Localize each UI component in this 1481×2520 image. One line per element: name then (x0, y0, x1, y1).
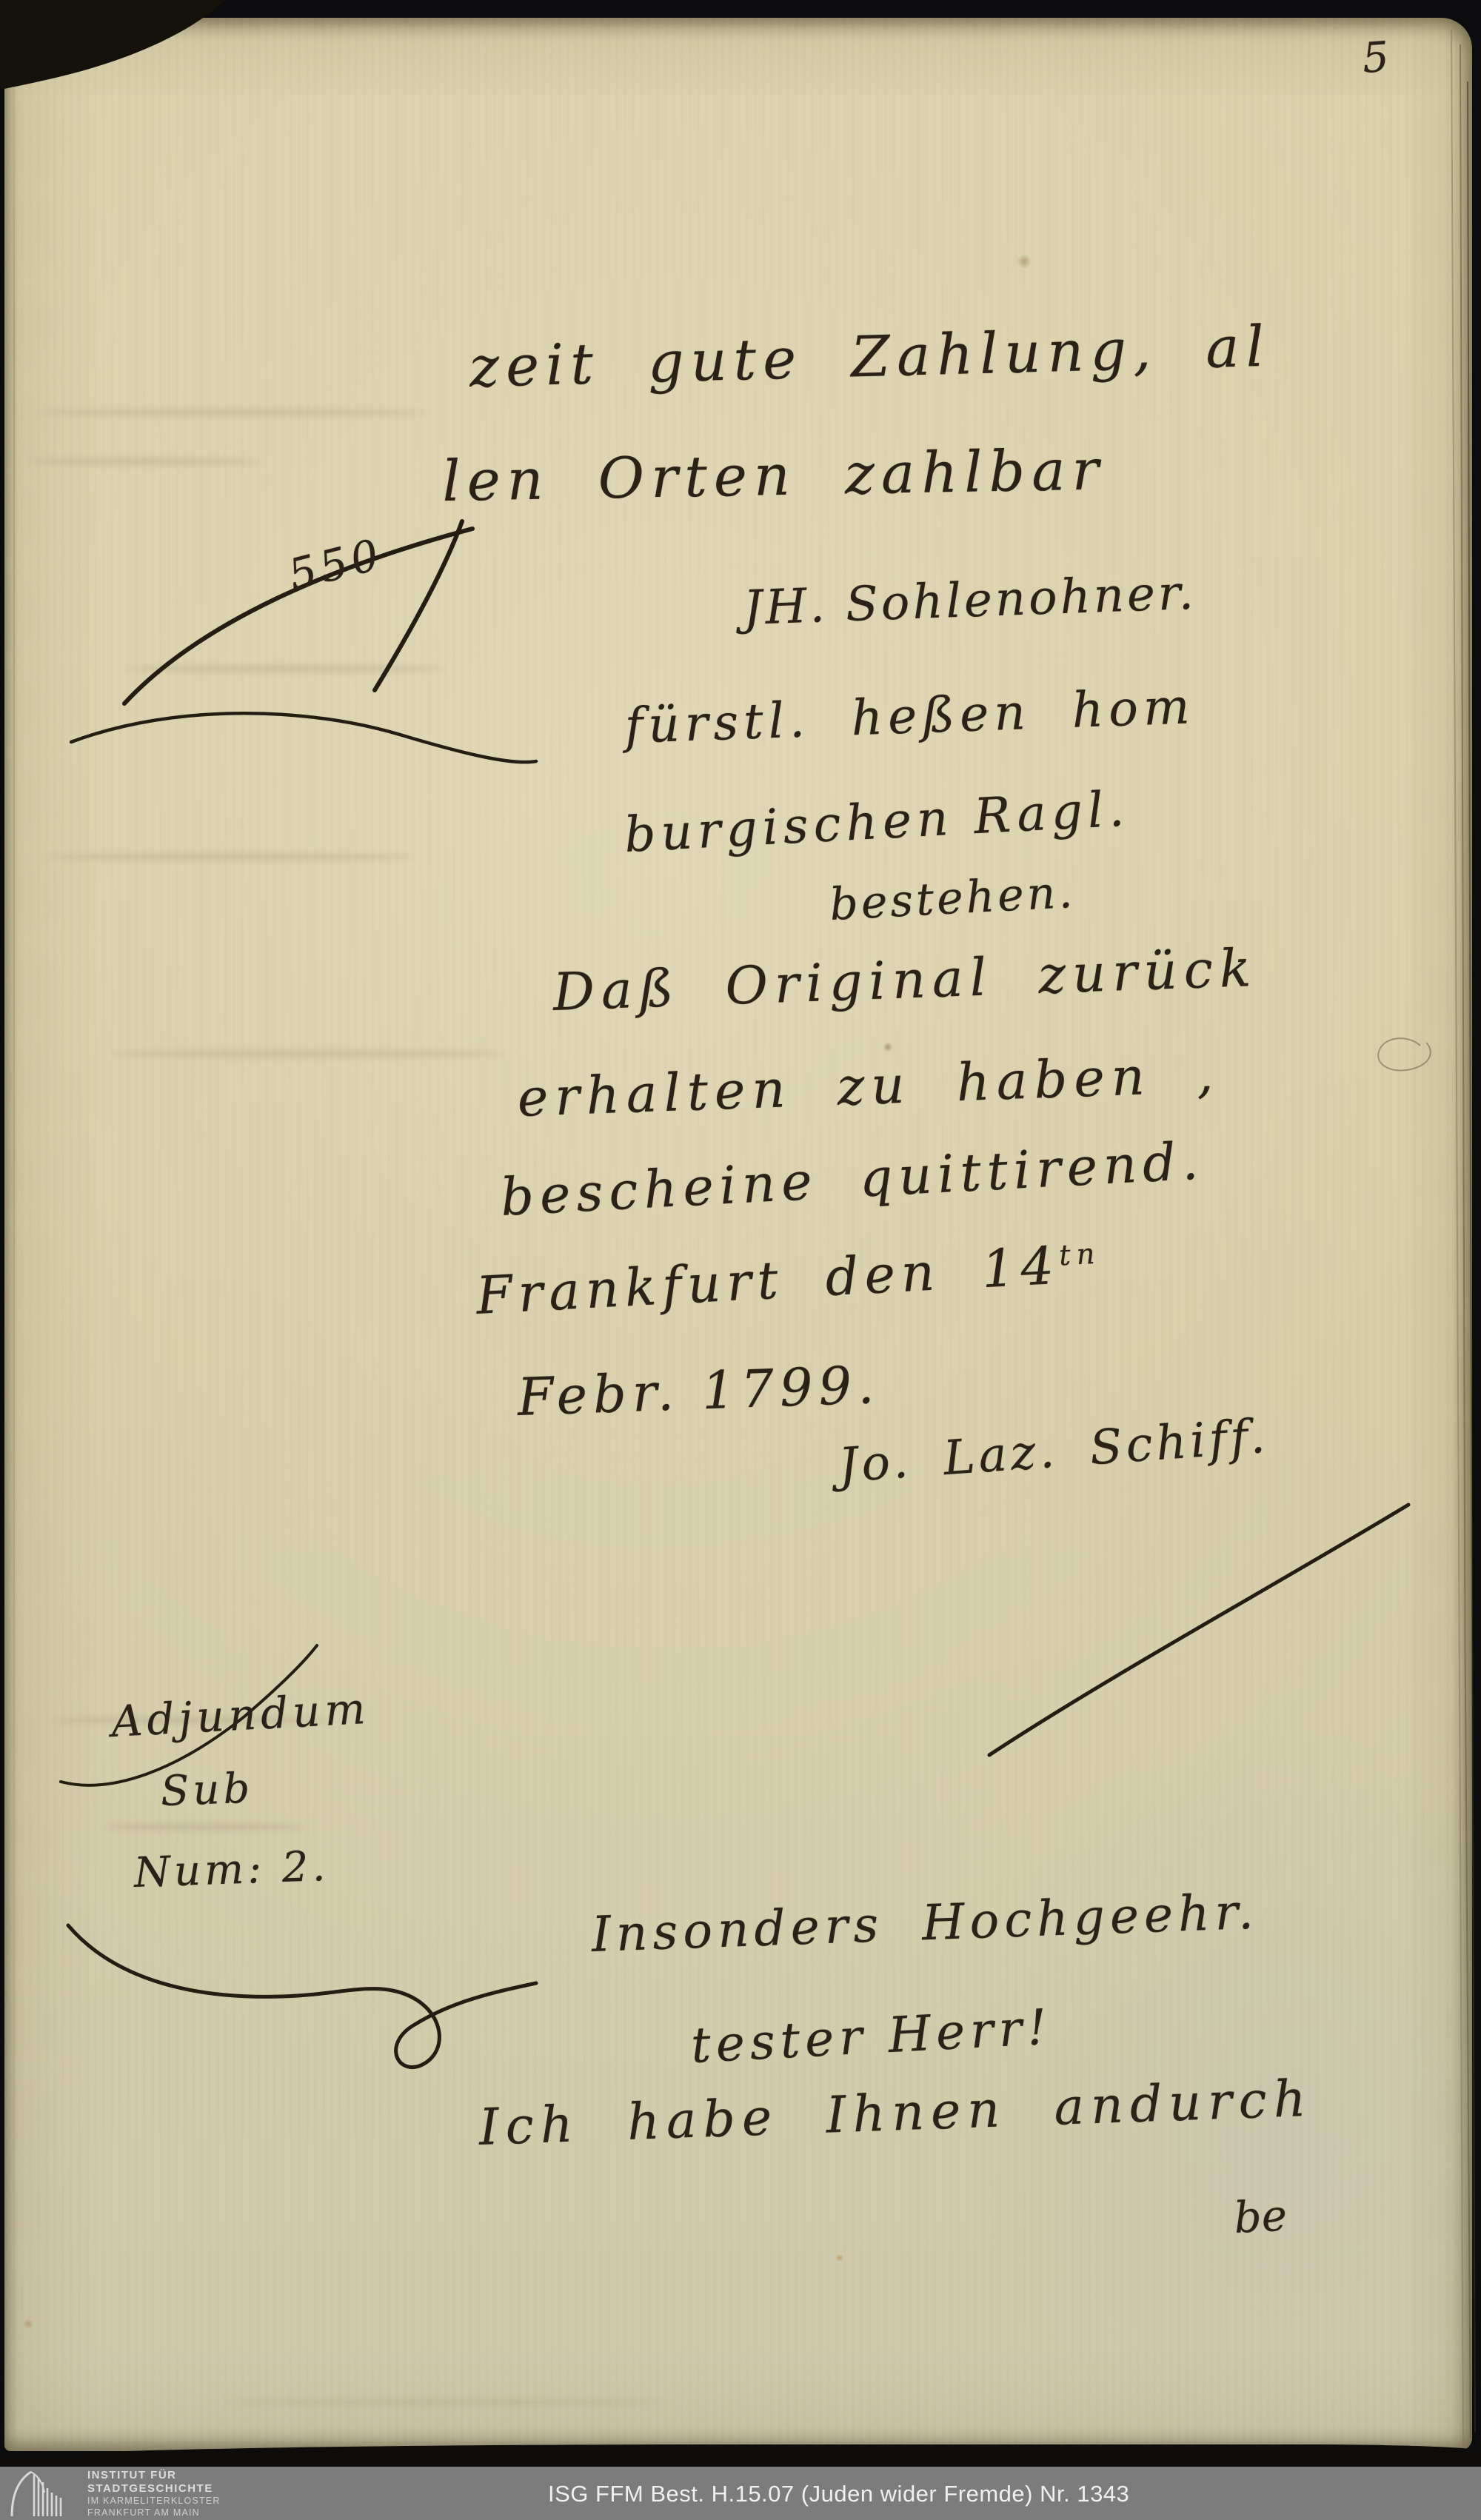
bleed-streak (30, 458, 259, 465)
manuscript-line: bestehen. (829, 870, 1077, 927)
logo-line-2: STADTGESCHICHTE (87, 2483, 221, 2494)
logo-line-4: FRANKFURT AM MAIN (87, 2508, 221, 2518)
catchword: be (1233, 2193, 1288, 2239)
manuscript-line: len Orten zahlbar (442, 441, 1106, 509)
foxing-spot (883, 1043, 893, 1052)
archive-footer-bar: INSTITUT FÜR STADTGESCHICHTE IM KARMELIT… (0, 2466, 1481, 2520)
foxing-spot (1016, 255, 1032, 268)
marginal-note-line: Num: 2. (133, 1846, 330, 1894)
manuscript-line: Febr. 1799. (517, 1359, 881, 1423)
bleed-streak (44, 853, 415, 860)
bleed-streak (111, 1050, 504, 1057)
archive-reference: ISG FFM Best. H.15.07 (Juden wider Fremd… (548, 2481, 1129, 2507)
institut-logo-text: INSTITUT FÜR STADTGESCHICHTE IM KARMELIT… (87, 2470, 221, 2517)
foxing-spot (22, 2319, 34, 2328)
foxing-spot (835, 2254, 844, 2262)
bleed-streak (126, 665, 444, 672)
marginal-note-line: Adjundum (110, 1687, 371, 1743)
logo-line-1: INSTITUT FÜR (87, 2470, 221, 2481)
dateline-ordinal-suffix: tn (1058, 1237, 1102, 1273)
folio-number: 5 (1361, 37, 1390, 80)
scanned-manuscript-page: 5 zeit gute Zahlung, al len Orten zahlba… (0, 0, 1481, 2520)
logo-line-3: IM KARMELITERKLOSTER (87, 2496, 221, 2506)
bleed-streak (222, 2399, 666, 2405)
paper-crease (13, 44, 15, 2429)
bleed-streak (41, 409, 426, 416)
bleed-streak (104, 1823, 304, 1831)
institut-stadtgeschichte-logo-icon (9, 2470, 77, 2516)
marginal-note-line: Sub (160, 1768, 254, 1813)
